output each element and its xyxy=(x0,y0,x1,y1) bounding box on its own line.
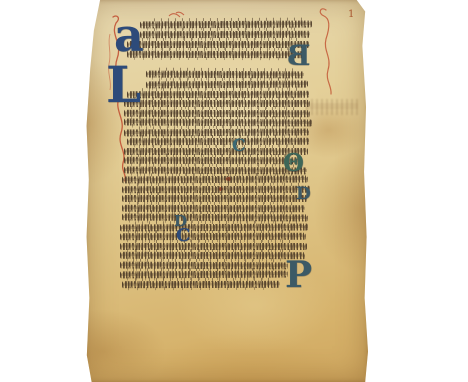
script-line xyxy=(122,176,308,183)
script-line xyxy=(122,195,307,202)
manuscript-photo: aLBCΘDDCP 1 xyxy=(0,0,468,382)
script-line xyxy=(124,157,302,164)
folio-number: 1 xyxy=(348,10,354,20)
script-line xyxy=(120,252,305,259)
script-line xyxy=(140,21,312,28)
script-line xyxy=(127,51,305,58)
script-line xyxy=(146,71,304,78)
script-line xyxy=(146,81,308,88)
script-line xyxy=(122,281,280,288)
initial-d-1: D xyxy=(296,186,311,203)
script-line xyxy=(120,233,306,240)
script-line xyxy=(140,31,310,38)
initial-theta: Θ xyxy=(283,151,304,175)
initial-l: L xyxy=(106,60,141,110)
initial-a: a xyxy=(114,12,144,58)
initial-p: P xyxy=(285,257,312,293)
red-flourish-right xyxy=(315,5,335,97)
script-line xyxy=(127,138,309,145)
script-line xyxy=(120,271,288,278)
script-line xyxy=(127,41,309,48)
ink-showthrough-stain xyxy=(306,99,358,115)
initial-c-1: C xyxy=(232,138,246,155)
initial-c-2: C xyxy=(176,227,190,245)
script-line xyxy=(124,100,310,107)
initial-b-marginal: B xyxy=(287,42,311,70)
